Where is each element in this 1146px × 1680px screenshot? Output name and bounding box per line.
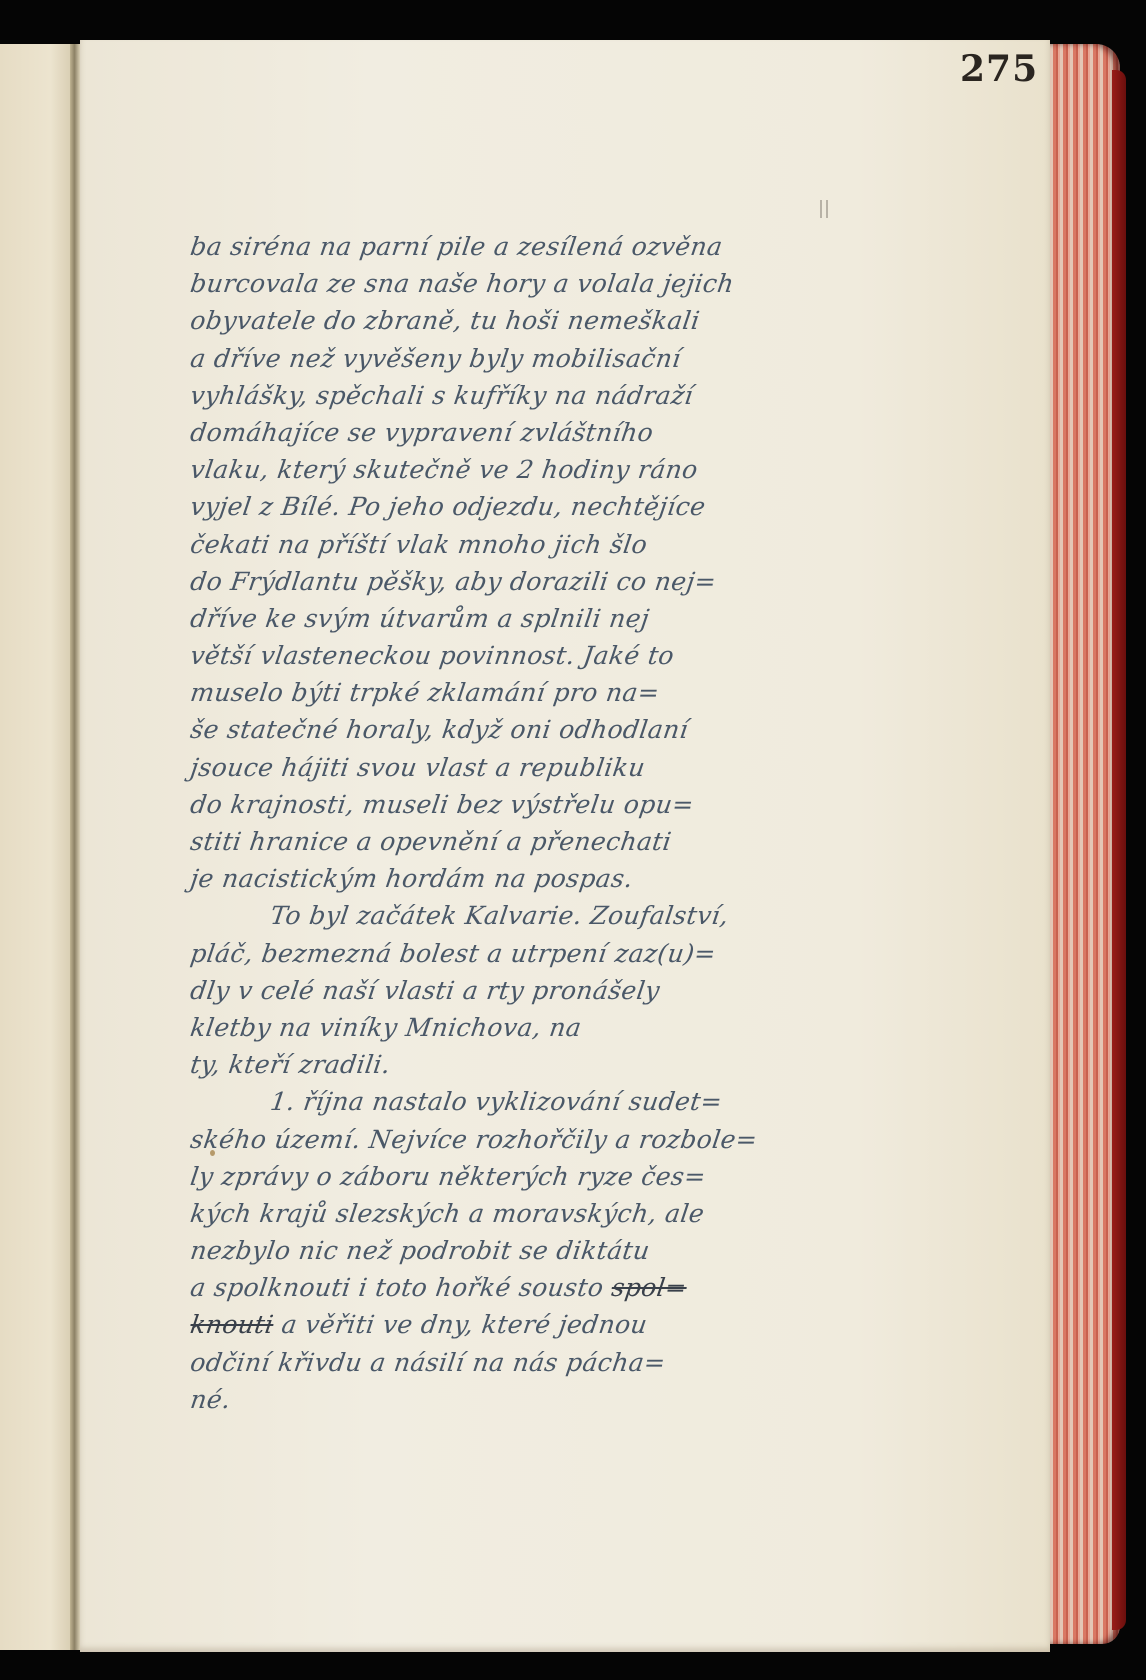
- manuscript-line: ského území. Nejvíce rozhořčily a rozbol…: [187, 1125, 842, 1162]
- line-text: ty, kteří zradili.: [189, 1050, 393, 1079]
- manuscript-line: odčiní křivdu a násilí na nás pácha=: [187, 1348, 842, 1385]
- manuscript-line: kých krajů slezských a moravských, ale: [187, 1199, 842, 1236]
- line-text: dly v celé naší vlasti a rty pronášely: [189, 976, 662, 1005]
- line-text: ského území. Nejvíce rozhořčily a rozbol…: [189, 1125, 760, 1154]
- line-text: do Frýdlantu pěšky, aby dorazili co nej=: [189, 567, 719, 596]
- manuscript-line: a spolknouti i toto hořké sousto spol=: [187, 1273, 842, 1310]
- page-edges-red: [1050, 44, 1120, 1644]
- line-text: ly zprávy o záboru některých ryze čes=: [189, 1162, 708, 1191]
- book-cover-edge: [1112, 70, 1126, 1630]
- manuscript-line: pláč, bezmezná bolest a utrpení zaz(u)=: [187, 939, 842, 976]
- manuscript-line: dříve ke svým útvarům a splnili nej: [187, 604, 842, 641]
- manuscript-line: muselo býti trpké zklamání pro na=: [187, 678, 842, 715]
- manuscript-line: nezbylo nic než podrobit se diktátu: [187, 1236, 842, 1273]
- line-text: še statečné horaly, když oni odhodlaní: [189, 715, 691, 744]
- line-text: vyhlášky, spěchali s kufříky na nádraží: [189, 381, 696, 410]
- line-text: stiti hranice a opevnění a přenechati: [189, 827, 674, 856]
- manuscript-line: ba siréna na parní pile a zesílená ozvěn…: [187, 232, 842, 269]
- book-gutter: [70, 44, 80, 1650]
- manuscript-line: knouti a věřiti ve dny, které jednou: [187, 1310, 842, 1347]
- line-text: To byl začátek Kalvarie. Zoufalství,: [269, 901, 731, 930]
- manuscript-line: čekati na příští vlak mnoho jich šlo: [187, 530, 842, 567]
- line-text: je nacistickým hordám na pospas.: [189, 864, 635, 893]
- manuscript-line: stiti hranice a opevnění a přenechati: [187, 827, 842, 864]
- line-text: burcovala ze sna naše hory a volala jeji…: [189, 269, 736, 298]
- manuscript-line: kletby na viníky Mnichova, na: [187, 1013, 842, 1050]
- manuscript-line: dly v celé naší vlasti a rty pronášely: [187, 976, 842, 1013]
- manuscript-line: To byl začátek Kalvarie. Zoufalství,: [187, 901, 842, 938]
- line-text: pláč, bezmezná bolest a utrpení zaz(u)=: [189, 939, 718, 968]
- line-text: kých krajů slezských a moravských, ale: [189, 1199, 707, 1228]
- line-text: 1. října nastalo vyklizování sudet=: [269, 1087, 725, 1116]
- line-text: větší vlasteneckou povinnost. Jaké to: [189, 641, 677, 670]
- page-number: 275: [960, 48, 1038, 90]
- manuscript-line: vyjel z Bílé. Po jeho odjezdu, nechtějíc…: [187, 492, 842, 529]
- line-text: domáhajíce se vypravení zvláštního: [189, 418, 656, 447]
- line-text: čekati na příští vlak mnoho jich šlo: [189, 530, 650, 559]
- line-text: a věřiti ve dny, které jednou: [271, 1310, 649, 1339]
- line-text: né.: [189, 1385, 233, 1414]
- struck-word: spol=: [610, 1273, 689, 1302]
- line-text: obyvatele do zbraně, tu hoši nemeškali: [189, 306, 702, 335]
- manuscript-line: burcovala ze sna naše hory a volala jeji…: [187, 269, 842, 306]
- line-text: ba siréna na parní pile a zesílená ozvěn…: [189, 232, 725, 261]
- line-text: odčiní křivdu a násilí na nás pácha=: [189, 1348, 668, 1377]
- manuscript-line: větší vlasteneckou povinnost. Jaké to: [187, 641, 842, 678]
- manuscript-line: domáhajíce se vypravení zvláštního: [187, 418, 842, 455]
- pencil-mark: [820, 200, 822, 218]
- manuscript-line: vyhlášky, spěchali s kufříky na nádraží: [187, 381, 842, 418]
- line-text: do krajnosti, museli bez výstřelu opu=: [189, 790, 696, 819]
- manuscript-line: vlaku, který skutečně ve 2 hodiny ráno: [187, 455, 842, 492]
- manuscript-line: ty, kteří zradili.: [187, 1050, 842, 1087]
- line-text: vyjel z Bílé. Po jeho odjezdu, nechtějíc…: [189, 492, 708, 521]
- manuscript-line: do Frýdlantu pěšky, aby dorazili co nej=: [187, 567, 842, 604]
- pencil-mark: [826, 200, 828, 218]
- manuscript-line: jsouce hájiti svou vlast a republiku: [187, 753, 842, 790]
- manuscript-line: a dříve než vyvěšeny byly mobilisační: [187, 344, 842, 381]
- manuscript-line: do krajnosti, museli bez výstřelu opu=: [187, 790, 842, 827]
- handwritten-text-block: ba siréna na parní pile a zesílená ozvěn…: [190, 232, 840, 1422]
- struck-word: knouti: [189, 1310, 276, 1339]
- line-text: nezbylo nic než podrobit se diktátu: [189, 1236, 652, 1265]
- manuscript-line: 1. října nastalo vyklizování sudet=: [187, 1087, 842, 1124]
- manuscript-line: ly zprávy o záboru některých ryze čes=: [187, 1162, 842, 1199]
- manuscript-line: še statečné horaly, když oni odhodlaní: [187, 715, 842, 752]
- manuscript-line: né.: [187, 1385, 842, 1422]
- manuscript-line: je nacistickým hordám na pospas.: [187, 864, 842, 901]
- line-text: jsouce hájiti svou vlast a republiku: [189, 753, 648, 782]
- left-page-edge: [0, 44, 72, 1650]
- line-text: muselo býti trpké zklamání pro na=: [189, 678, 662, 707]
- line-text: a spolknouti i toto hořké sousto: [189, 1273, 614, 1302]
- ink-smudge: [210, 1150, 215, 1156]
- line-text: dříve ke svým útvarům a splnili nej: [189, 604, 652, 633]
- line-text: vlaku, který skutečně ve 2 hodiny ráno: [189, 455, 700, 484]
- line-text: a dříve než vyvěšeny byly mobilisační: [189, 344, 683, 373]
- line-text: kletby na viníky Mnichova, na: [189, 1013, 584, 1042]
- manuscript-line: obyvatele do zbraně, tu hoši nemeškali: [187, 306, 842, 343]
